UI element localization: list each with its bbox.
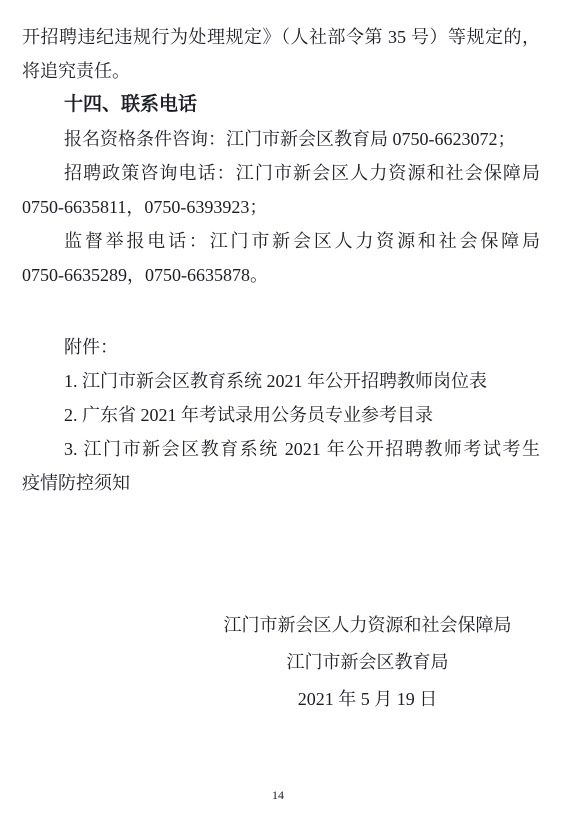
body-text-line: 将追究责任。 (22, 54, 540, 88)
attachments-label: 附件： (22, 330, 540, 364)
signature-org-education-bureau: 江门市新会区教育局 (195, 644, 540, 681)
body-text-line-continuation: 开招聘违纪违规行为处理规定》（人社部令第 35 号）等规定的， (22, 20, 540, 54)
signature-date: 2021 年 5 月 19 日 (195, 681, 540, 718)
contact-line-supervision-report: 监督举报电话：江门市新会区人力资源和社会保障局 (22, 224, 540, 258)
section-heading-contact-phones: 十四、联系电话 (22, 88, 540, 122)
contact-line-recruitment-policy: 招聘政策咨询电话：江门市新会区人力资源和社会保障局 (22, 156, 540, 190)
attachment-item-3-continuation: 疫情防控须知 (22, 466, 540, 500)
signature-org-hr-social-security-bureau: 江门市新会区人力资源和社会保障局 (195, 607, 540, 644)
document-page: 开招聘违纪违规行为处理规定》（人社部令第 35 号）等规定的， 将追究责任。 十… (0, 0, 570, 818)
attachment-item-2: 2. 广东省 2021 年考试录用公务员专业参考目录 (22, 398, 540, 432)
contact-line-policy-phone-numbers: 0750-6635811，0750-6393923； (22, 190, 540, 224)
attachment-item-1: 1. 江门市新会区教育系统 2021 年公开招聘教师岗位表 (22, 364, 540, 398)
contact-line-report-phone-numbers: 0750-6635289，0750-6635878。 (22, 258, 540, 292)
page-number: 14 (0, 788, 556, 802)
signature-block: 江门市新会区人力资源和社会保障局 江门市新会区教育局 2021 年 5 月 19… (195, 607, 540, 718)
attachment-item-3: 3. 江门市新会区教育系统 2021 年公开招聘教师考试考生 (22, 432, 540, 466)
contact-line-registration-qualification: 报名资格条件咨询：江门市新会区教育局 0750-6623072； (22, 122, 540, 156)
